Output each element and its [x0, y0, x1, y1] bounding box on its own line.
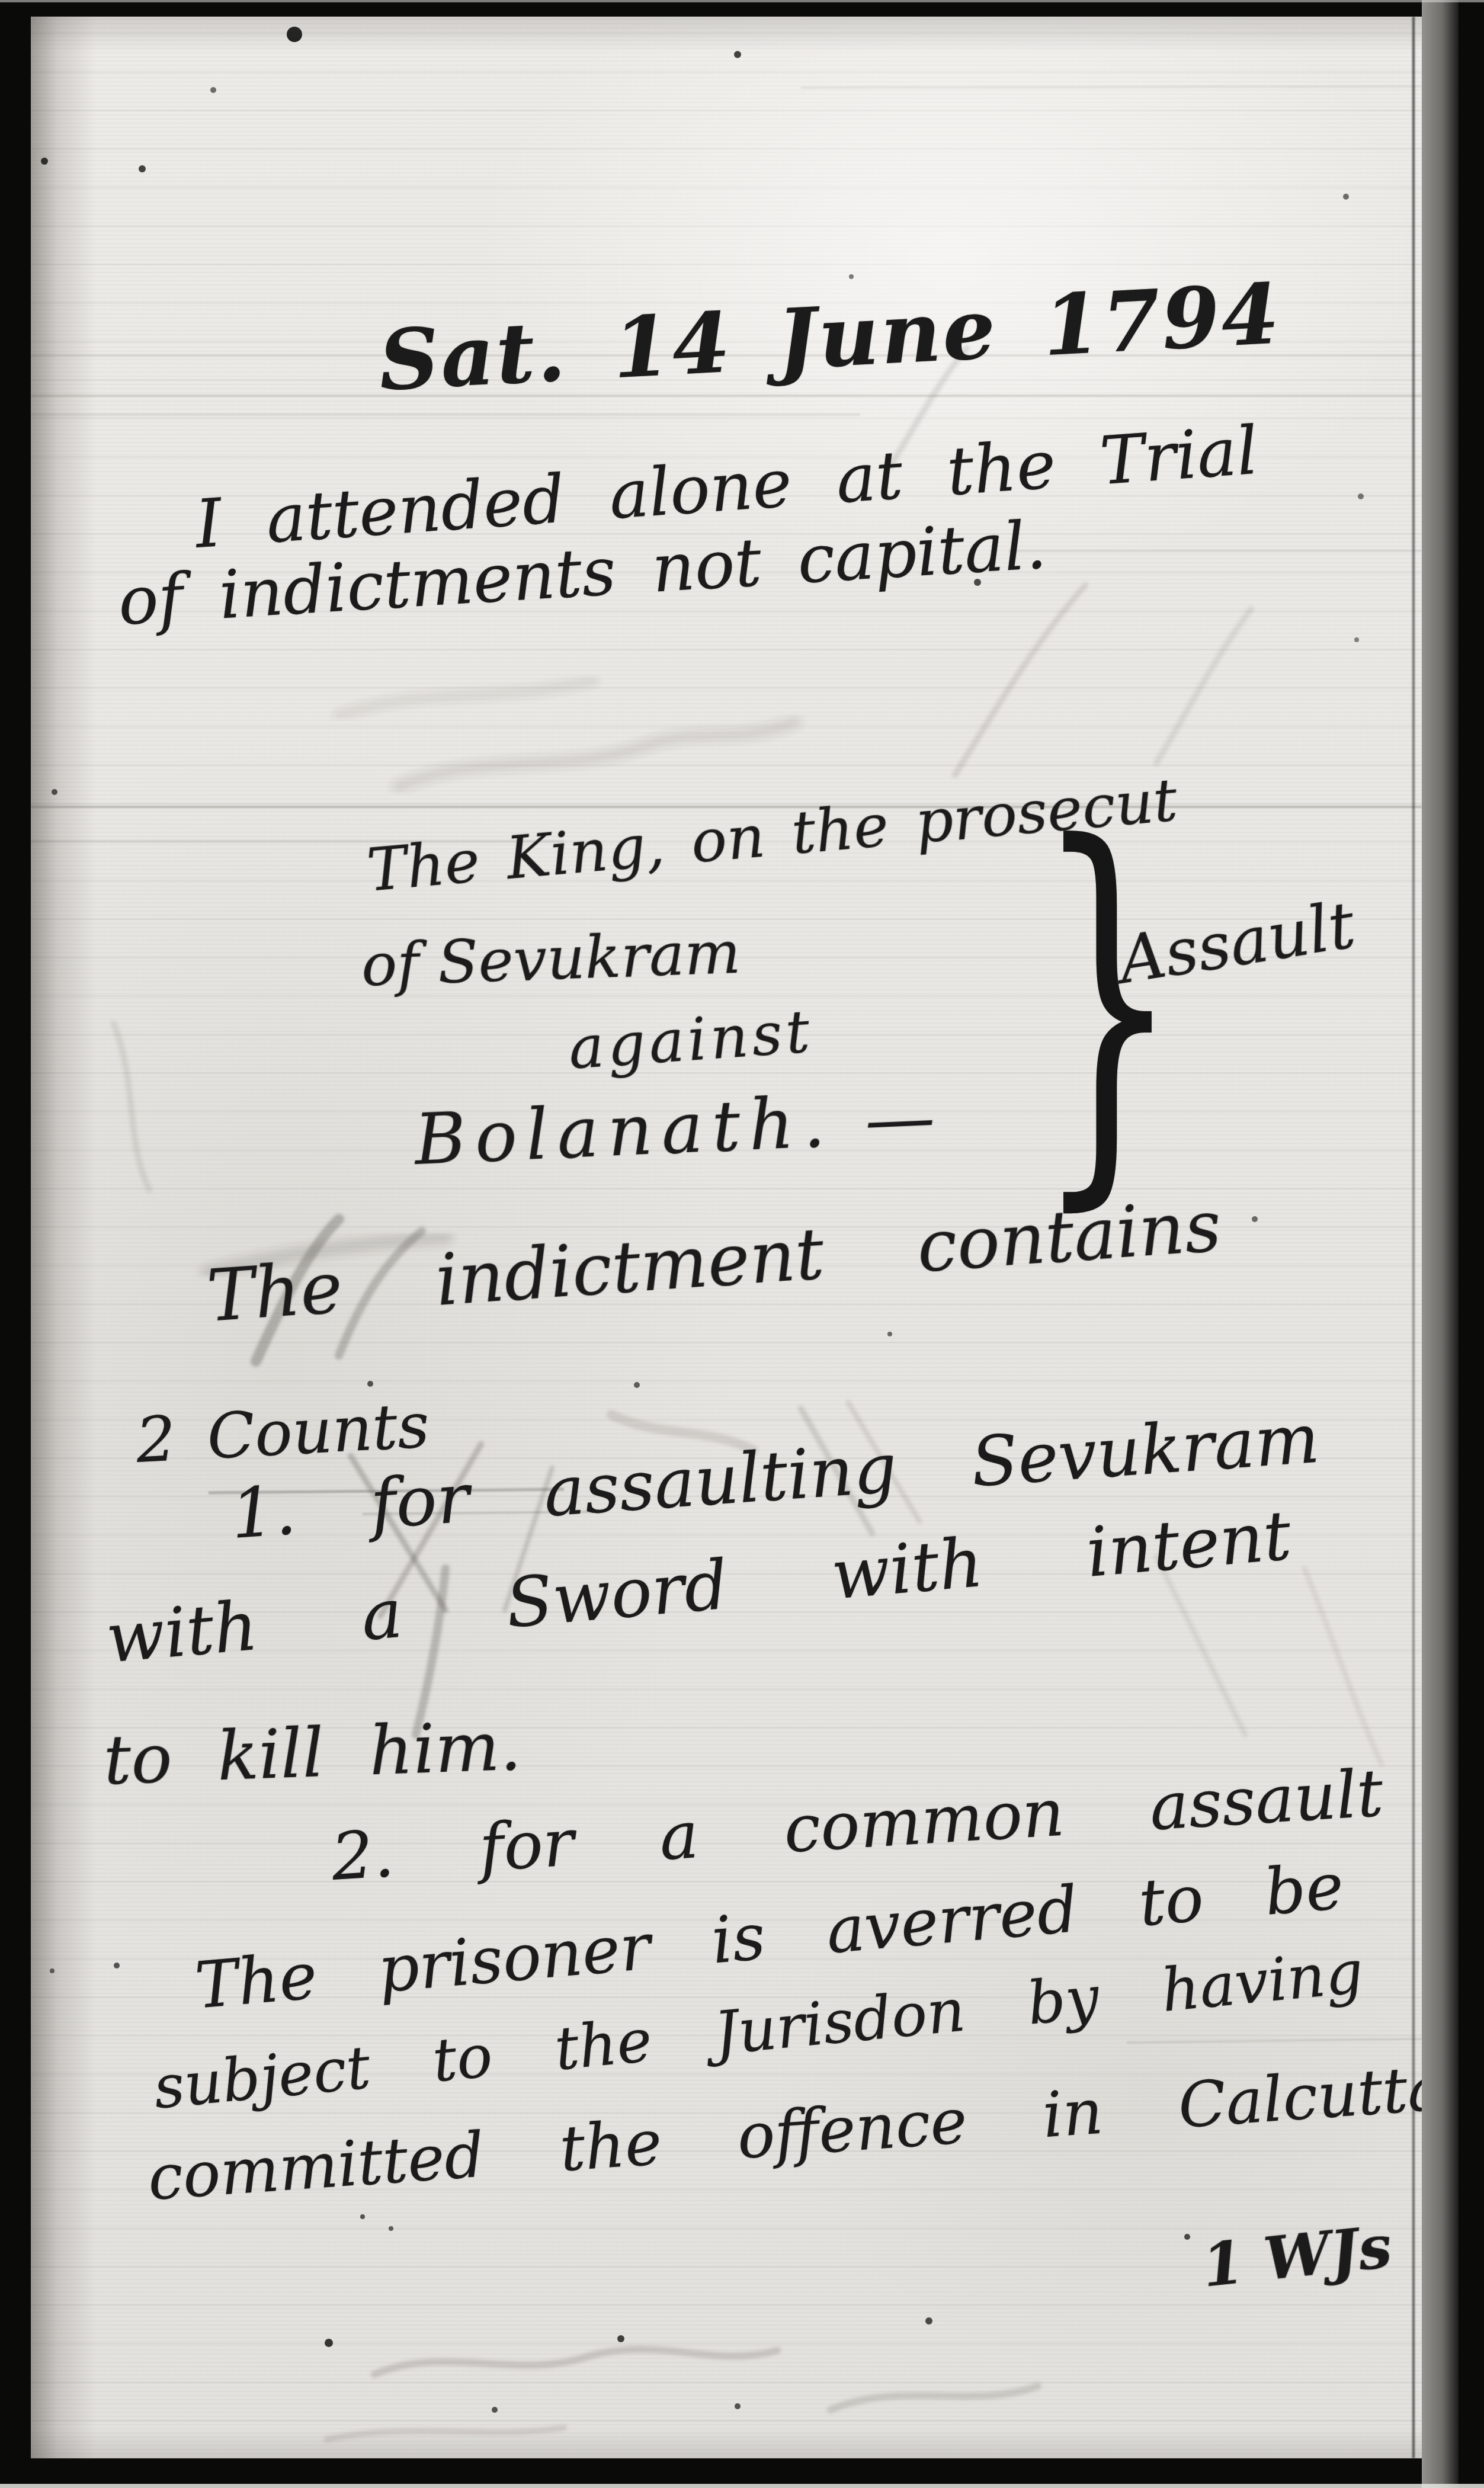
case-caption-brace: }	[1035, 796, 1180, 1210]
scan-edge-right-strip	[1422, 0, 1459, 2488]
case-caption-line-2: of Sevukram	[360, 923, 742, 995]
indictment-line: The indictment contains	[205, 1191, 1223, 1333]
scanned-manuscript-page: { "page": { "date_heading": "Sat. 14 Jun…	[0, 0, 1484, 2488]
page-edge-crease	[1412, 17, 1415, 2458]
case-caption-line-3: against	[567, 1002, 815, 1078]
counts-line: 2 Counts	[134, 1394, 431, 1472]
scan-edge-bottom	[0, 2484, 1484, 2488]
count-1-line-3: to kill him.	[102, 1712, 523, 1795]
entry-date-heading: Sat. 14 June 1794	[377, 272, 1283, 403]
initials-mark: 1 WJs	[1200, 2217, 1395, 2295]
case-caption-defendant: Bolanath. —	[413, 1082, 945, 1175]
scan-edge-top	[0, 0, 1484, 2]
manuscript-paper: Sat. 14 June 1794 I attended alone at th…	[31, 17, 1422, 2458]
